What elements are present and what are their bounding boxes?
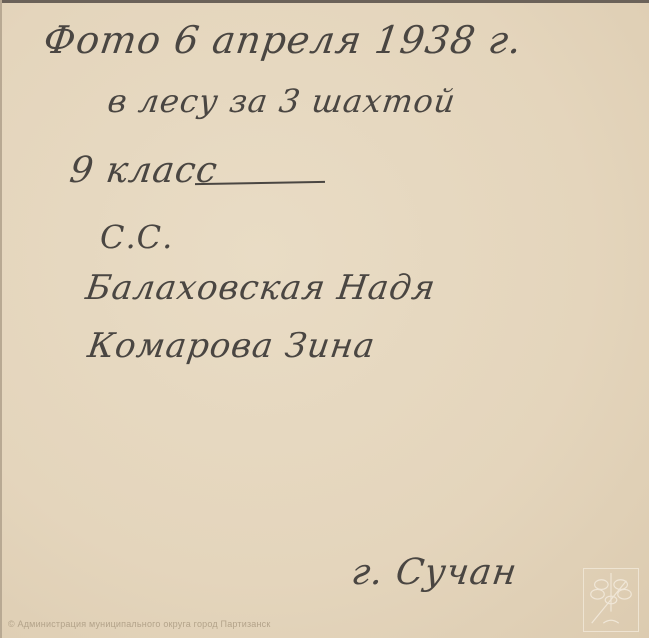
handwritten-name-1: Балаховская Надя <box>83 268 438 308</box>
handwritten-date-line: Фото 6 апреля 1938 г. <box>41 18 525 62</box>
handwritten-town-line: г. Сучан <box>349 552 520 593</box>
photo-back-paper: Фото 6 апреля 1938 г. в лесу за 3 шахтой… <box>0 0 649 638</box>
handwritten-location-line: в лесу за 3 шахтой <box>105 82 458 120</box>
handwritten-name-2: Комарова Зина <box>85 326 378 366</box>
photo-left-edge <box>0 0 2 638</box>
photo-top-edge <box>0 0 649 3</box>
handwritten-initials-line: С.С. <box>100 218 173 256</box>
copyright-watermark: © Администрация муниципального округа го… <box>8 619 271 629</box>
city-coat-of-arms-icon <box>583 568 639 632</box>
